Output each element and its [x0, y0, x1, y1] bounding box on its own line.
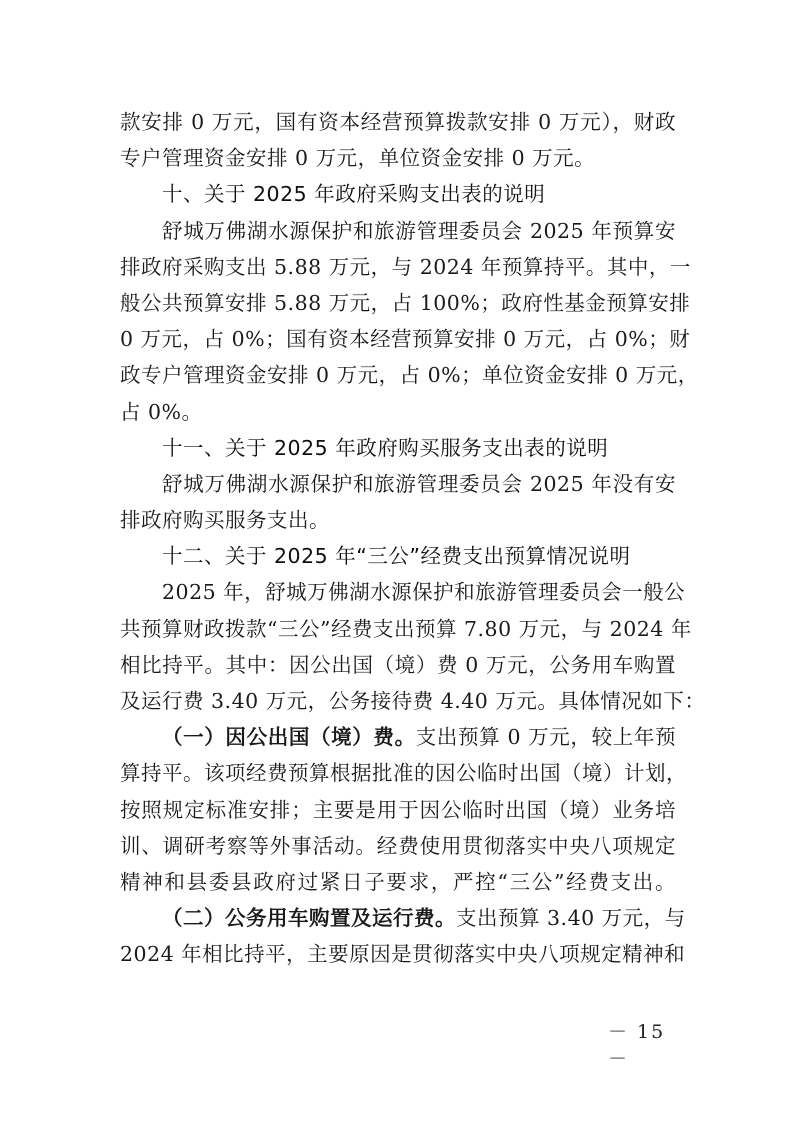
body-text-line: 算持平。该项经费预算根据批准的因公临时出国（境）计划，	[120, 755, 676, 791]
body-text-line: 排政府采购支出 5.88 万元，与 2024 年预算持平。其中，一	[120, 249, 676, 285]
body-text-line: 占 0%。	[120, 394, 676, 430]
body-text-line: 排政府购买服务支出。	[120, 502, 676, 538]
section-heading-11: 十一、关于 2025 年政府购买服务支出表的说明	[120, 430, 676, 466]
body-text-line: 0 万元，占 0%；国有资本经营预算安排 0 万元，占 0%；财	[120, 321, 676, 357]
body-text-line: 按照规定标准安排；主要是用于因公临时出国（境）业务培	[120, 792, 676, 828]
subsection-line: （一）因公出国（境）费。支出预算 0 万元，较上年预	[120, 719, 676, 755]
body-text-line: 2024 年相比持平，主要原因是贯彻落实中央八项规定精神和	[120, 936, 676, 972]
body-text-line: 舒城万佛湖水源保护和旅游管理委员会 2025 年没有安	[120, 466, 676, 502]
body-text-line: 专户管理资金安排 0 万元，单位资金安排 0 万元。	[120, 140, 676, 176]
body-text-line: 舒城万佛湖水源保护和旅游管理委员会 2025 年预算安	[120, 213, 676, 249]
subsection-title-1: （一）因公出国（境）费。	[162, 725, 416, 749]
body-text-line: 共预算财政拨款“三公”经费支出预算 7.80 万元，与 2024 年	[120, 611, 676, 647]
body-text-line: 精神和县委县政府过紧日子要求，严控“三公”经费支出。	[120, 864, 676, 900]
section-heading-10: 十、关于 2025 年政府采购支出表的说明	[120, 176, 676, 212]
body-text-line: 相比持平。其中：因公出国（境）费 0 万元，公务用车购置	[120, 647, 676, 683]
section-heading-12: 十二、关于 2025 年“三公”经费支出预算情况说明	[120, 538, 676, 574]
body-text-line: 2025 年，舒城万佛湖水源保护和旅游管理委员会一般公	[120, 574, 676, 610]
body-text-line: 训、调研考察等外事活动。经费使用贯彻落实中央八项规定	[120, 828, 676, 864]
body-text-line: 政专户管理资金安排 0 万元，占 0%；单位资金安排 0 万元，	[120, 357, 676, 393]
page-number: － 15 －	[608, 1017, 688, 1071]
document-page: 款安排 0 万元，国有资本经营预算拨款安排 0 万元），财政 专户管理资金安排 …	[120, 104, 676, 973]
body-text-line: 款安排 0 万元，国有资本经营预算拨款安排 0 万元），财政	[120, 104, 676, 140]
body-text: 支出预算 3.40 万元，与	[456, 906, 686, 930]
body-text-line: 及运行费 3.40 万元，公务接待费 4.40 万元。具体情况如下：	[120, 683, 676, 719]
body-text: 支出预算 0 万元，较上年预	[416, 725, 676, 749]
subsection-line: （二）公务用车购置及运行费。支出预算 3.40 万元，与	[120, 900, 676, 936]
body-text-line: 般公共预算安排 5.88 万元，占 100%；政府性基金预算安排	[120, 285, 676, 321]
subsection-title-2: （二）公务用车购置及运行费。	[162, 906, 456, 930]
